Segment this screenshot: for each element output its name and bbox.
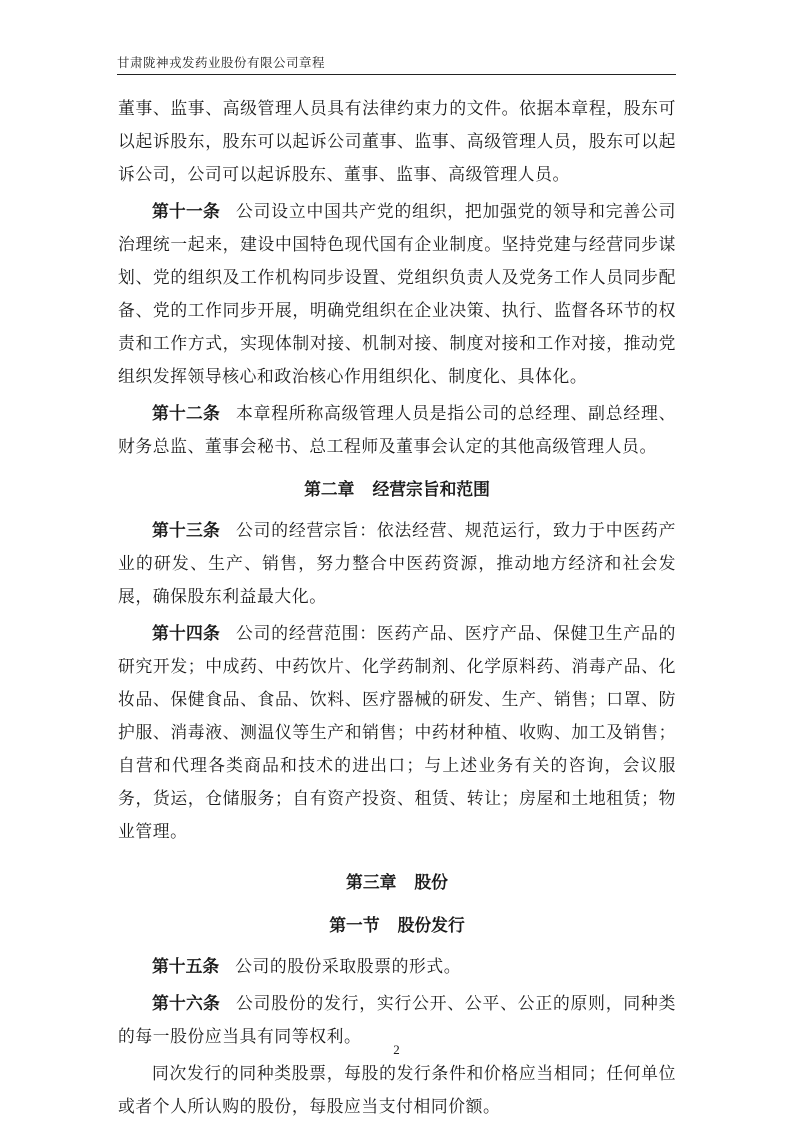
article-label: 第十六条: [152, 993, 220, 1013]
article-label: 第十三条: [152, 520, 220, 540]
article-12: 第十二条本章程所称高级管理人员是指公司的总经理、副总经理、财务总监、董事会秘书、…: [118, 397, 676, 463]
paragraph: 同次发行的同种类股票，每股的发行条件和价格应当相同；任何单位或者个人所认购的股份…: [118, 1057, 676, 1122]
article-label: 第十五条: [152, 956, 219, 976]
article-14: 第十四条公司的经营范围：医药产品、医疗产品、保健卫生产品的研究开发；中成药、中药…: [118, 617, 676, 848]
article-text: 公司设立中国共产党的组织，把加强党的领导和完善公司治理统一起来，建设中国特色现代…: [118, 201, 676, 386]
chapter-heading-2: 第二章经营宗旨和范围: [118, 473, 676, 506]
document-body: 董事、监事、高级管理人员具有法律约束力的文件。依据本章程，股东可以起诉股东，股东…: [118, 92, 676, 1122]
paragraph-continued: 董事、监事、高级管理人员具有法律约束力的文件。依据本章程，股东可以起诉股东，股东…: [118, 92, 676, 191]
chapter-title: 经营宗旨和范围: [372, 479, 489, 499]
page-header: 甘肃陇神戎发药业股份有限公司章程: [117, 54, 676, 75]
section-number: 第一节: [329, 915, 379, 935]
chapter-title: 股份: [414, 872, 448, 892]
article-label: 第十一条: [152, 201, 220, 221]
article-label: 第十二条: [152, 403, 220, 423]
article-11: 第十一条公司设立中国共产党的组织，把加强党的领导和完善公司治理统一起来，建设中国…: [118, 195, 676, 393]
section-title: 股份发行: [398, 915, 465, 935]
article-13: 第十三条公司的经营宗旨：依法经营、规范运行，致力于中医药产业的研发、生产、销售，…: [118, 514, 676, 613]
chapter-heading-3: 第三章股份: [118, 866, 676, 899]
article-label: 第十四条: [152, 623, 220, 643]
document-title-header: 甘肃陇神戎发药业股份有限公司章程: [117, 54, 676, 72]
article-text: 公司的经营范围：医药产品、医疗产品、保健卫生产品的研究开发；中成药、中药饮片、化…: [118, 623, 676, 841]
page-number: 2: [0, 1042, 793, 1058]
section-heading-1: 第一节股份发行: [118, 909, 676, 942]
chapter-number: 第二章: [304, 479, 354, 499]
article-15: 第十五条公司的股份采取股票的形式。: [118, 950, 676, 983]
article-text: 公司的股份采取股票的形式。: [235, 956, 461, 976]
chapter-number: 第三章: [346, 872, 396, 892]
